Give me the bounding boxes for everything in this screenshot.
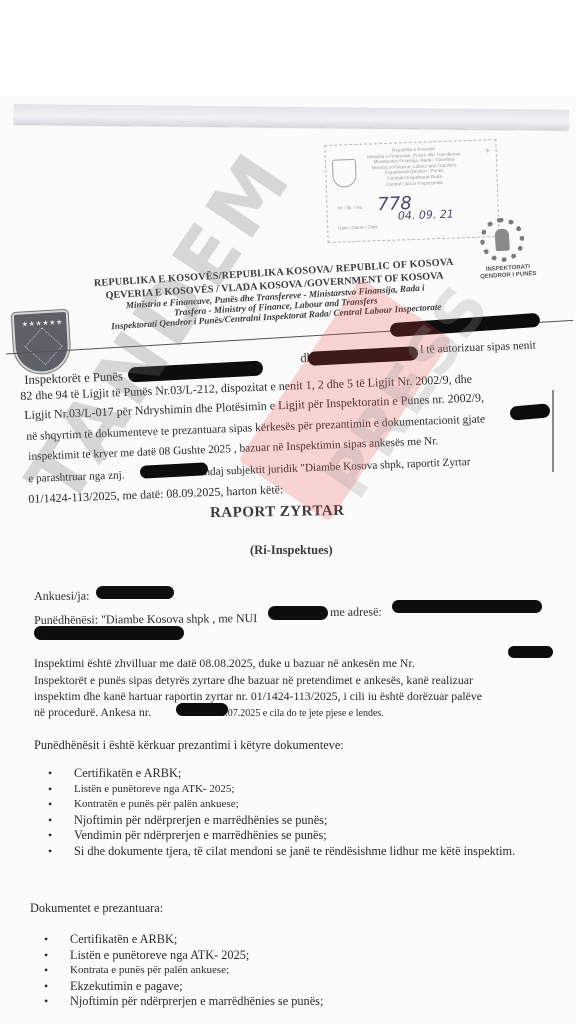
redaction-mark bbox=[508, 646, 553, 658]
stamp-text: Republika e Kosovës Ministria e Financav… bbox=[363, 145, 464, 188]
list-item: Listën e punëtoreve nga ATK- 2025; bbox=[48, 782, 515, 798]
redaction-mark bbox=[268, 606, 328, 620]
stamp-crest-icon: ✣ bbox=[485, 148, 489, 154]
employer-label: Punëdhënësi: bbox=[34, 612, 98, 627]
list-item: Si dhe dokumente tjera, të cilat mendoni… bbox=[48, 844, 515, 860]
worker-figure-icon bbox=[495, 228, 510, 251]
labour-inspectorate-gear-icon bbox=[479, 217, 526, 264]
inspection-line-1: Inspektimi është zhvilluar me datë 08.08… bbox=[34, 655, 415, 672]
address-label: me adresë: bbox=[330, 604, 382, 621]
inspection-text: në procedurë. Ankesa nr. bbox=[34, 705, 151, 719]
redaction-mark bbox=[392, 600, 542, 613]
redaction-mark bbox=[96, 586, 174, 599]
page-edge-mark bbox=[552, 390, 554, 472]
employer-value: "Diambe Kosova shpk , me NUI bbox=[101, 611, 257, 626]
inspectorate-logo-caption: INSPEKTORATI QENDROR I PUNËS bbox=[468, 263, 549, 282]
redaction-mark bbox=[176, 703, 228, 716]
inspection-line-2: Inspektorët e punës sipas detyrës zyrtar… bbox=[34, 672, 473, 689]
top-blank-area bbox=[0, 0, 576, 96]
list-item: Njoftimin për ndërprerjen e marrëdhënies… bbox=[44, 994, 323, 1010]
stamp-emblem-icon bbox=[332, 159, 357, 188]
inspection-text: dt.28.07.2025 e cila do te jete pjese e … bbox=[205, 708, 384, 719]
list-item: Listën e punëtoreve nga ATK- 2025; bbox=[44, 948, 323, 964]
list-item: Certifikatën e ARBK; bbox=[44, 932, 323, 948]
list-item: Kontratën e punës për palën ankuese; bbox=[48, 797, 515, 813]
list-item: Certifikatën e ARBK; bbox=[48, 766, 515, 782]
requested-documents-list: Certifikatën e ARBK; Listën e punëtoreve… bbox=[48, 766, 515, 860]
requested-heading: Punëdhënësit i është kërkuar prezantimi … bbox=[34, 737, 344, 754]
list-item: Vendimin për ndërprerjen e marrëdhënies … bbox=[48, 828, 515, 844]
list-item: Ekzekutimin e pagave; bbox=[44, 979, 323, 995]
presented-documents-list: Certifikatën e ARBK; Listën e punëtoreve… bbox=[44, 932, 323, 1010]
stamp-number-label: Nr. / Br. / No. bbox=[337, 205, 363, 211]
report-subtitle: (Ri-Inspektues) bbox=[250, 543, 333, 558]
inspection-line-3: inspektim dhe kanë hartuar raportin zyrt… bbox=[34, 688, 482, 705]
redaction-mark bbox=[34, 626, 184, 640]
presented-heading: Dokumentet e prezantuara: bbox=[30, 900, 163, 917]
list-item: Njoftimin për ndërprerjen e marrëdhënies… bbox=[48, 813, 515, 829]
complainant-label: Ankuesi/ja: bbox=[34, 588, 89, 605]
kosovo-coat-of-arms-icon: ★★★★★★ bbox=[12, 310, 72, 375]
map-outline-icon bbox=[25, 327, 63, 365]
list-item: Kontrata e punës për palën ankuese; bbox=[44, 963, 323, 979]
